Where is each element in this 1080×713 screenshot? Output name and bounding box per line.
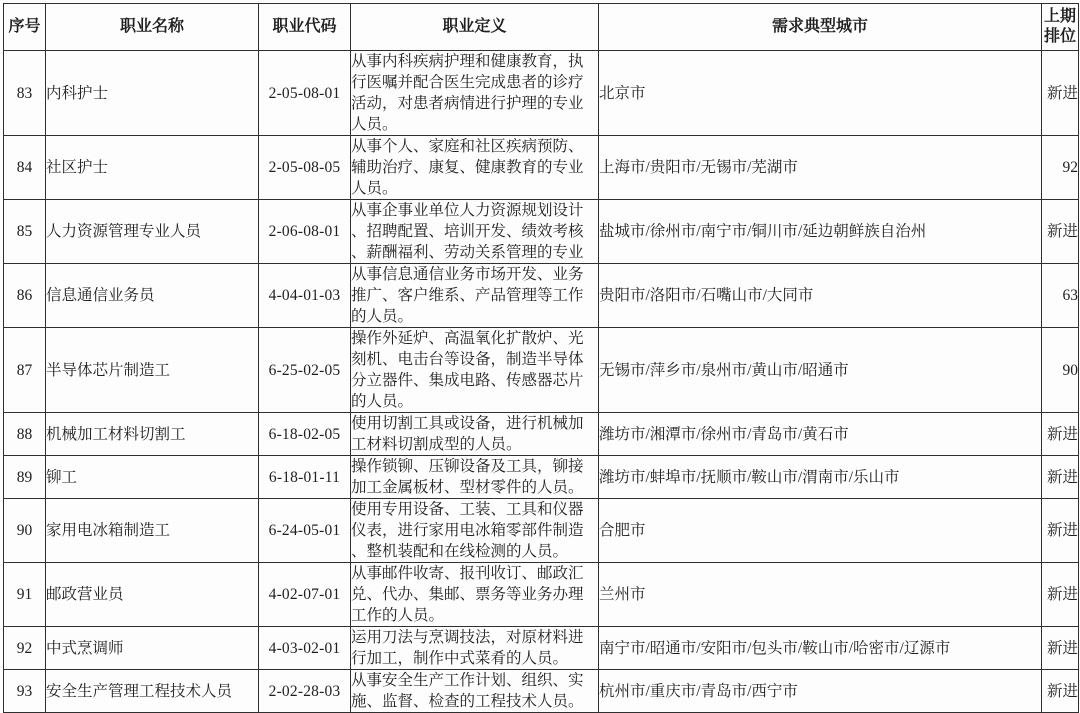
cell-definition: 操作外延炉、高温氧化扩散炉、光刻机、电击台等设备，制造半导体分立器件、集成电路、… <box>351 328 599 413</box>
cell-code: 6-18-02-05 <box>259 413 351 456</box>
table-row: 87半导体芯片制造工6-25-02-05操作外延炉、高温氧化扩散炉、光刻机、电击… <box>4 328 1079 413</box>
table-row: 86信息通信业务员4-04-01-03从事信息通信业务市场开发、业务推广、客户维… <box>4 264 1079 328</box>
cell-cities: 杭州市/重庆市/青岛市/西宁市 <box>599 670 1042 697</box>
cell-rank: 63 <box>1042 264 1079 328</box>
cell-no: 90 <box>4 499 46 563</box>
cell-definition: 使用切割工具或设备，进行机械加工材料切割成型的人员。 <box>351 413 599 456</box>
cell-code: 2-05-08-05 <box>259 136 351 200</box>
cell-no: 83 <box>4 51 46 136</box>
cell-cities: 潍坊市/蚌埠市/抚顺市/鞍山市/渭南市/乐山市 <box>599 456 1042 499</box>
cell-cities: 北京市 <box>599 51 1042 136</box>
cell-no: 91 <box>4 563 46 627</box>
table-row: 89铆工6-18-01-11操作锁铆、压铆设备及工具，铆接加工金属板材、型材零件… <box>4 456 1079 499</box>
cell-no: 92 <box>4 627 46 670</box>
cell-no: 84 <box>4 136 46 200</box>
cell-definition: 使用专用设备、工装、工具和仪器仪表，进行家用电冰箱零部件制造、整机装配和在线检测… <box>351 499 599 563</box>
cell-name: 邮政营业员 <box>46 563 259 627</box>
table-row: 91邮政营业员4-02-07-01从事邮件收寄、报刊收订、邮政汇兑、代办、集邮、… <box>4 563 1079 627</box>
cell-cities: 无锡市/萍乡市/泉州市/黄山市/昭通市 <box>599 328 1042 413</box>
table-row: 93安全生产管理工程技术人员2-02-28-03从事安全生产工作计划、组织、实施… <box>4 670 1079 697</box>
cell-cities: 兰州市 <box>599 563 1042 627</box>
cell-code: 4-02-07-01 <box>259 563 351 627</box>
table-row: 84社区护士2-05-08-05从事个人、家庭和社区疾病预防、辅助治疗、康复、健… <box>4 136 1079 200</box>
cell-code: 4-03-02-01 <box>259 627 351 670</box>
cell-rank: 新进 <box>1042 200 1079 264</box>
col-header-definition: 职业定义 <box>351 4 599 51</box>
occupations-table: 序号 职业名称 职业代码 职业定义 需求典型城市 上期排位 83内科护士2-05… <box>3 3 1079 696</box>
cell-no: 87 <box>4 328 46 413</box>
document-page: 序号 职业名称 职业代码 职业定义 需求典型城市 上期排位 83内科护士2-05… <box>0 0 1080 696</box>
cell-cities: 上海市/贵阳市/无锡市/芜湖市 <box>599 136 1042 200</box>
cell-code: 6-18-01-11 <box>259 456 351 499</box>
cell-rank: 新进 <box>1042 627 1079 670</box>
col-header-prev-rank: 上期排位 <box>1042 4 1079 51</box>
cell-rank: 新进 <box>1042 51 1079 136</box>
table-row: 90家用电冰箱制造工6-24-05-01使用专用设备、工装、工具和仪器仪表，进行… <box>4 499 1079 563</box>
cell-name: 铆工 <box>46 456 259 499</box>
cell-definition: 从事信息通信业务市场开发、业务推广、客户维系、产品管理等工作的人员。 <box>351 264 599 328</box>
cell-cities: 潍坊市/湘潭市/徐州市/青岛市/黄石市 <box>599 413 1042 456</box>
cell-definition: 从事内科疾病护理和健康教育，执行医嘱并配合医生完成患者的诊疗活动，对患者病情进行… <box>351 51 599 136</box>
cell-no: 88 <box>4 413 46 456</box>
cell-code: 6-25-02-05 <box>259 328 351 413</box>
cell-definition: 从事企事业单位人力资源规划设计、招聘配置、培训开发、绩效考核、薪酬福利、劳动关系… <box>351 200 599 264</box>
col-header-name: 职业名称 <box>46 4 259 51</box>
cell-definition: 从事安全生产工作计划、组织、实施、监督、检查的工程技术人员。 <box>351 670 599 697</box>
cell-name: 信息通信业务员 <box>46 264 259 328</box>
col-header-index: 序号 <box>4 4 46 51</box>
col-header-cities: 需求典型城市 <box>599 4 1042 51</box>
cell-cities: 南宁市/昭通市/安阳市/包头市/鞍山市/哈密市/辽源市 <box>599 627 1042 670</box>
cell-rank: 92 <box>1042 136 1079 200</box>
cell-definition: 运用刀法与烹调技法，对原材料进行加工，制作中式菜肴的人员。 <box>351 627 599 670</box>
cell-code: 2-06-08-01 <box>259 200 351 264</box>
col-header-code: 职业代码 <box>259 4 351 51</box>
cell-no: 86 <box>4 264 46 328</box>
table-row: 83内科护士2-05-08-01从事内科疾病护理和健康教育，执行医嘱并配合医生完… <box>4 51 1079 136</box>
cell-name: 机械加工材料切割工 <box>46 413 259 456</box>
cell-rank: 新进 <box>1042 499 1079 563</box>
cell-cities: 合肥市 <box>599 499 1042 563</box>
cell-no: 89 <box>4 456 46 499</box>
cell-rank: 新进 <box>1042 670 1079 697</box>
cell-cities: 盐城市/徐州市/南宁市/铜川市/延边朝鲜族自治州 <box>599 200 1042 264</box>
cell-name: 内科护士 <box>46 51 259 136</box>
table-row: 92中式烹调师4-03-02-01运用刀法与烹调技法，对原材料进行加工，制作中式… <box>4 627 1079 670</box>
cell-definition: 操作锁铆、压铆设备及工具，铆接加工金属板材、型材零件的人员。 <box>351 456 599 499</box>
cell-code: 6-24-05-01 <box>259 499 351 563</box>
cell-name: 社区护士 <box>46 136 259 200</box>
cell-name: 中式烹调师 <box>46 627 259 670</box>
cell-name: 安全生产管理工程技术人员 <box>46 670 259 697</box>
cell-code: 4-04-01-03 <box>259 264 351 328</box>
cell-rank: 新进 <box>1042 413 1079 456</box>
cell-no: 85 <box>4 200 46 264</box>
cell-cities: 贵阳市/洛阳市/石嘴山市/大同市 <box>599 264 1042 328</box>
table-row: 88机械加工材料切割工6-18-02-05使用切割工具或设备，进行机械加工材料切… <box>4 413 1079 456</box>
header-row: 序号 职业名称 职业代码 职业定义 需求典型城市 上期排位 <box>4 4 1079 51</box>
cell-rank: 90 <box>1042 328 1079 413</box>
cell-rank: 新进 <box>1042 563 1079 627</box>
cell-rank: 新进 <box>1042 456 1079 499</box>
table-row: 85人力资源管理专业人员2-06-08-01从事企事业单位人力资源规划设计、招聘… <box>4 200 1079 264</box>
cell-definition: 从事邮件收寄、报刊收订、邮政汇兑、代办、集邮、票务等业务办理工作的人员。 <box>351 563 599 627</box>
cell-definition: 从事个人、家庭和社区疾病预防、辅助治疗、康复、健康教育的专业人员。 <box>351 136 599 200</box>
cell-code: 2-02-28-03 <box>259 670 351 697</box>
cell-code: 2-05-08-01 <box>259 51 351 136</box>
cell-name: 人力资源管理专业人员 <box>46 200 259 264</box>
cell-name: 半导体芯片制造工 <box>46 328 259 413</box>
cell-no: 93 <box>4 670 46 697</box>
cell-name: 家用电冰箱制造工 <box>46 499 259 563</box>
